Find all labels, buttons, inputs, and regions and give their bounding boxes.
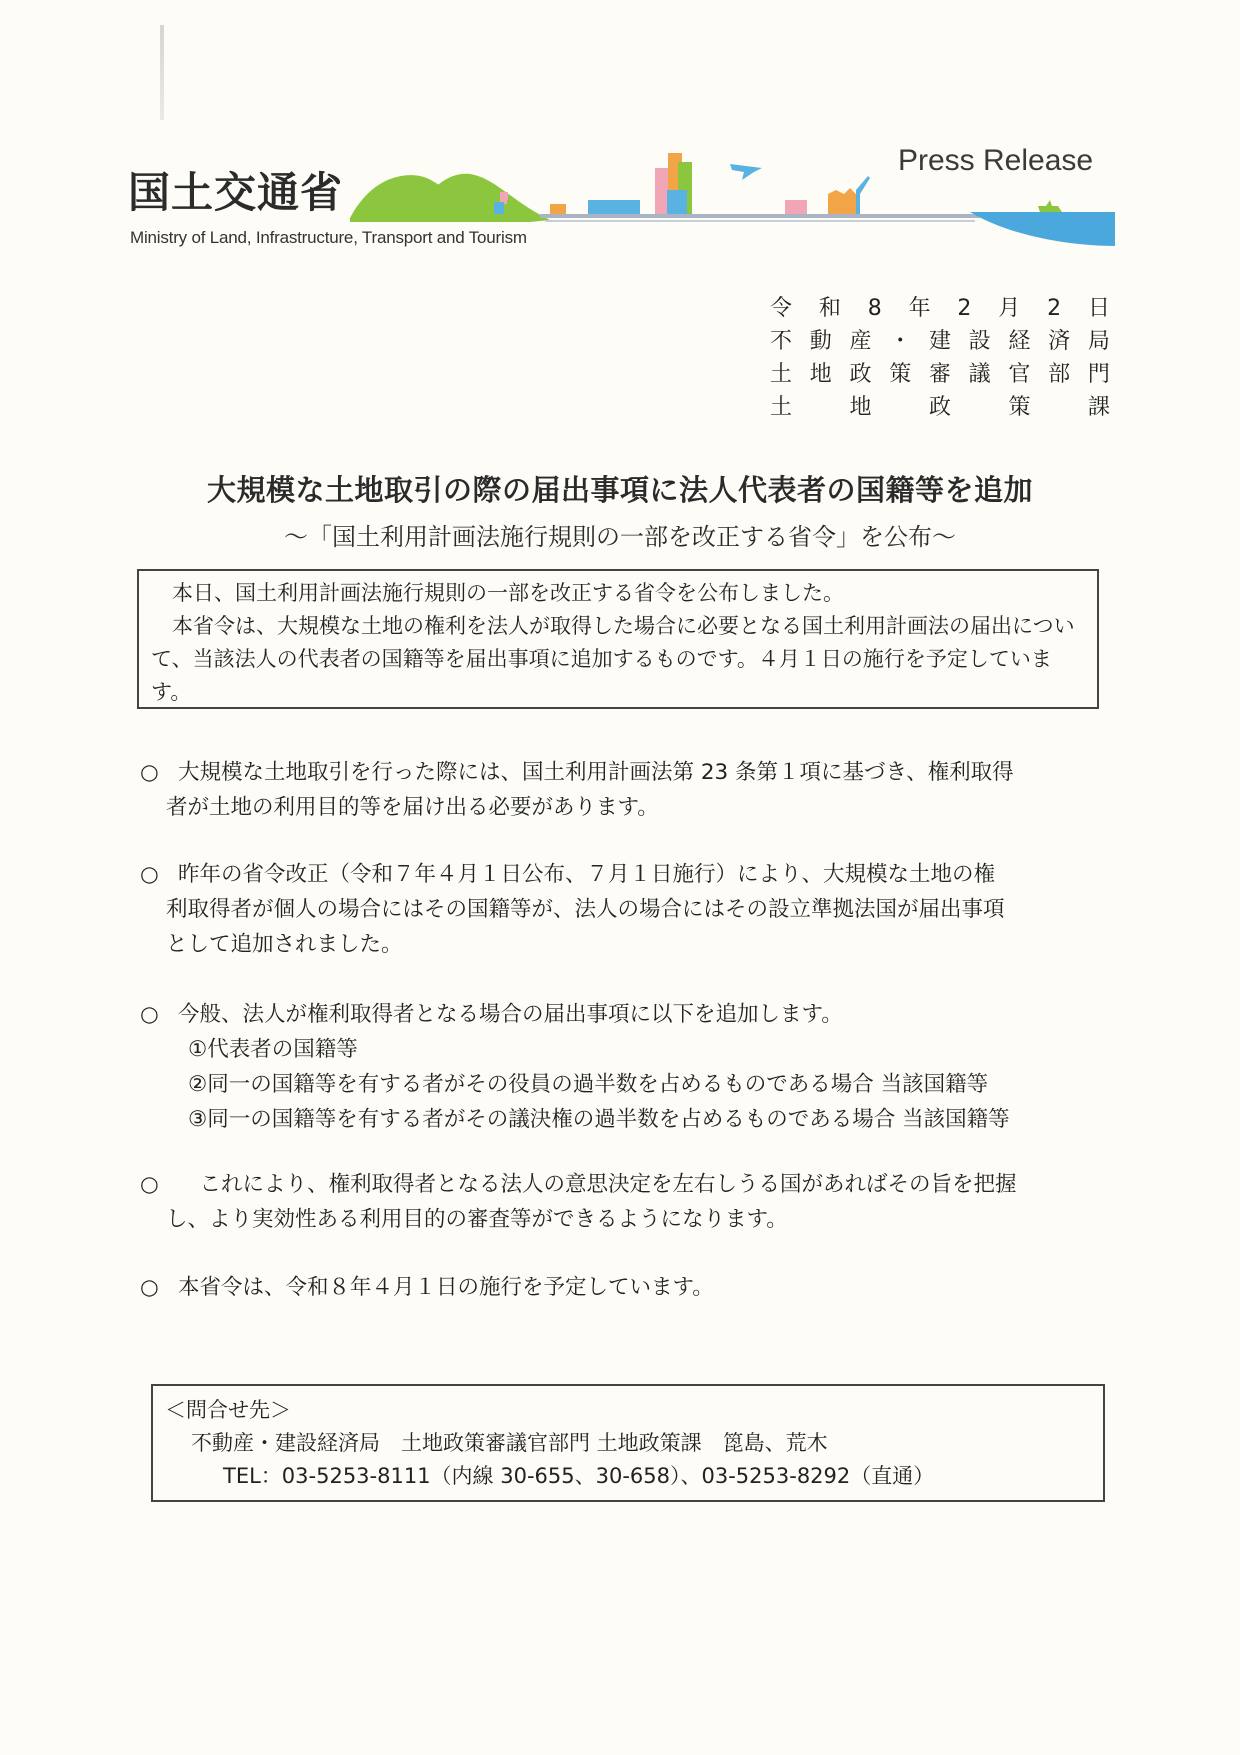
bullet-item: ○本省令は、令和８年４月１日の施行を予定しています。: [140, 1270, 1115, 1305]
added-item: ③同一の国籍等を有する者がその議決権の過半数を占めるものである場合 当該国籍等: [140, 1102, 1115, 1137]
added-item: ②同一の国籍等を有する者がその役員の過半数を占めるものである場合 当該国籍等: [140, 1067, 1115, 1102]
bullet-item: ○ これにより、権利取得者となる法人の意思決定を左右しうる国があればその旨を把握…: [140, 1167, 1115, 1237]
circle-bullet-icon: ○: [140, 1270, 178, 1305]
document-subtitle: ～「国土利用計画法施行規則の一部を改正する省令」を公布～: [0, 517, 1240, 552]
contact-box: ＜問合せ先＞ 不動産・建設経済局 土地政策審議官部門 土地政策課 箆島、荒木 T…: [151, 1384, 1105, 1502]
circle-bullet-icon: ○: [140, 1167, 178, 1202]
contact-department: 不動産・建設経済局 土地政策審議官部門 土地政策課 箆島、荒木: [165, 1427, 1091, 1460]
issue-date: 令和8年2月2日: [770, 292, 1110, 325]
contact-phone: TEL：03-5253-8111（内線 30-655、30-658）、03-52…: [165, 1460, 1091, 1493]
ministry-logo-jp: 国土交通省: [128, 172, 343, 214]
contact-heading: ＜問合せ先＞: [165, 1394, 1091, 1427]
added-item: ①代表者の国籍等: [140, 1032, 1115, 1067]
document-title: 大規模な土地取引の際の届出事項に法人代表者の国籍等を追加: [0, 468, 1240, 509]
bullet-item: ○今般、法人が権利取得者となる場合の届出事項に以下を追加します。 ①代表者の国籍…: [140, 997, 1115, 1137]
bullet-item: ○昨年の省令改正（令和７年４月１日公布、７月１日施行）により、大規模な土地の権 …: [140, 857, 1115, 962]
letterhead: 国土交通省 Ministry of Land, Infrastructure, …: [0, 0, 1240, 260]
bullet-item: ○大規模な土地取引を行った際には、国土利用計画法第 23 条第１項に基づき、権利…: [140, 755, 1115, 825]
circle-bullet-icon: ○: [140, 997, 178, 1032]
issuer-block: 令和8年2月2日 不動産・建設経済局 土地政策審議官部門 土地政策課: [770, 292, 1110, 424]
summary-box: 本日、国土利用計画法施行規則の一部を改正する省令を公布しました。 本省令は、大規…: [137, 569, 1099, 709]
landscape-banner-icon: [350, 150, 1115, 246]
summary-line: 本省令は、大規模な土地の権利を法人が取得した場合に必要となる国土利用計画法の届出…: [151, 610, 1085, 709]
circle-bullet-icon: ○: [140, 857, 178, 892]
summary-line: 本日、国土利用計画法施行規則の一部を改正する省令を公布しました。: [151, 577, 1085, 610]
issuer-section: 土地政策課: [770, 391, 1110, 424]
issuer-bureau: 不動産・建設経済局: [770, 325, 1110, 358]
circle-bullet-icon: ○: [140, 755, 178, 790]
issuer-division: 土地政策審議官部門: [770, 358, 1110, 391]
